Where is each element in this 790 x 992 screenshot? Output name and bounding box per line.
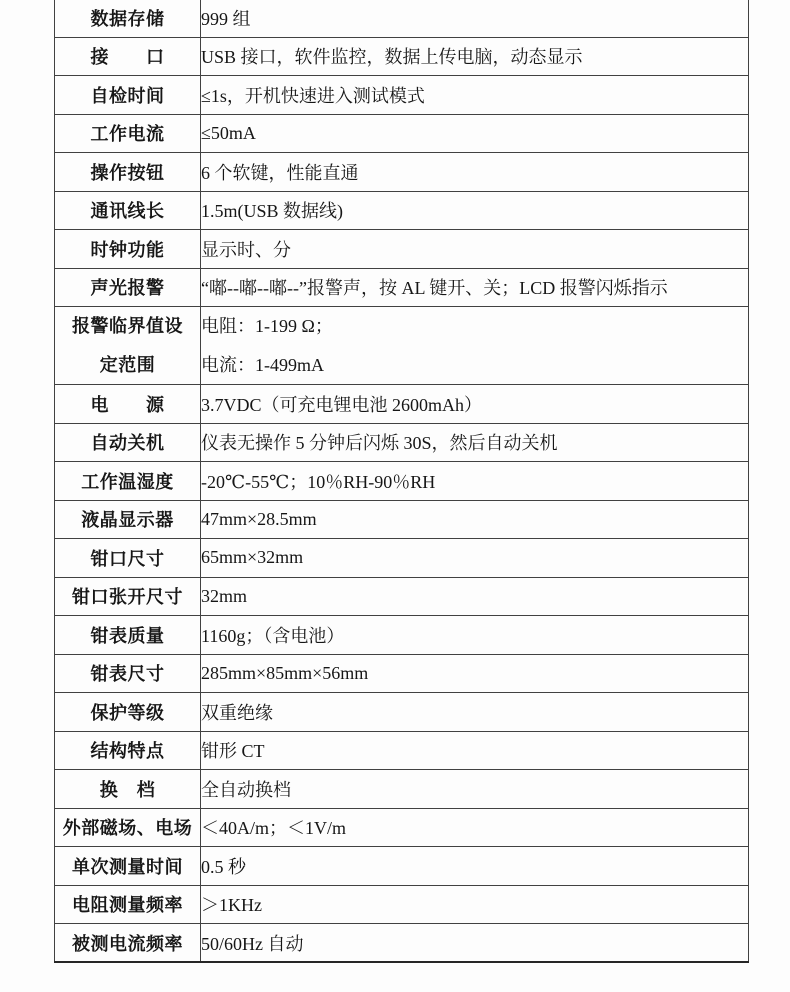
spec-label: 钳口张开尺寸 [55, 577, 201, 616]
spec-label: 工作温湿度 [55, 462, 201, 501]
spec-label: 外部磁场、电场 [55, 808, 201, 847]
table-row: 外部磁场、电场 ＜40A/m；＜1V/m [55, 808, 749, 847]
spec-sheet-page: 数据存储 999 组 接 口 USB 接口，软件监控，数据上传电脑，动态显示 自… [0, 0, 790, 992]
table-row: 单次测量时间 0.5 秒 [55, 847, 749, 886]
spec-label: 换 档 [55, 770, 201, 809]
table-row: 操作按钮 6 个软键，性能直通 [55, 153, 749, 192]
spec-value: 仪表无操作 5 分钟后闪烁 30S，然后自动关机 [201, 423, 749, 462]
spec-value: ≤50mA [201, 114, 749, 153]
spec-label: 钳表质量 [55, 616, 201, 655]
spec-value: 1.5m(USB 数据线) [201, 191, 749, 230]
spec-value: 285mm×85mm×56mm [201, 654, 749, 693]
spec-value: 32mm [201, 577, 749, 616]
spec-value: 钳形 CT [201, 731, 749, 770]
table-row: 工作电流 ≤50mA [55, 114, 749, 153]
spec-value: 50/60Hz 自动 [201, 924, 749, 963]
spec-label: 通讯线长 [55, 191, 201, 230]
spec-label: 钳表尺寸 [55, 654, 201, 693]
spec-label: 电阻测量频率 [55, 885, 201, 924]
table-row: 通讯线长 1.5m(USB 数据线) [55, 191, 749, 230]
table-row: 接 口 USB 接口，软件监控，数据上传电脑，动态显示 [55, 37, 749, 76]
spec-label: 数据存储 [55, 0, 201, 37]
spec-label: 单次测量时间 [55, 847, 201, 886]
spec-label: 接 口 [55, 37, 201, 76]
spec-value: 999 组 [201, 0, 749, 37]
table-row: 液晶显示器 47mm×28.5mm [55, 500, 749, 539]
spec-value: 1160g；（含电池） [201, 616, 749, 655]
table-row: 时钟功能 显示时、分 [55, 230, 749, 269]
spec-label: 操作按钮 [55, 153, 201, 192]
spec-label: 结构特点 [55, 731, 201, 770]
table-row: 钳表质量 1160g；（含电池） [55, 616, 749, 655]
table-row: 数据存储 999 组 [55, 0, 749, 37]
table-row: 钳口张开尺寸 32mm [55, 577, 749, 616]
table-row: 换 档 全自动换档 [55, 770, 749, 809]
table-row: 自动关机 仪表无操作 5 分钟后闪烁 30S，然后自动关机 [55, 423, 749, 462]
spec-table: 数据存储 999 组 接 口 USB 接口，软件监控，数据上传电脑，动态显示 自… [54, 0, 749, 963]
spec-value: 3.7VDC（可充电锂电池 2600mAh） [201, 385, 749, 424]
spec-label: 液晶显示器 [55, 500, 201, 539]
spec-label: 被测电流频率 [55, 924, 201, 963]
spec-table-body: 数据存储 999 组 接 口 USB 接口，软件监控，数据上传电脑，动态显示 自… [55, 0, 749, 962]
table-row: 电 源 3.7VDC（可充电锂电池 2600mAh） [55, 385, 749, 424]
spec-value: 双重绝缘 [201, 693, 749, 732]
spec-label: 时钟功能 [55, 230, 201, 269]
table-row: 声光报警 “嘟--嘟--嘟--”报警声，按 AL 键开、关；LCD 报警闪烁指示 [55, 268, 749, 307]
spec-label: 声光报警 [55, 268, 201, 307]
spec-label: 自动关机 [55, 423, 201, 462]
spec-value: ＞1KHz [201, 885, 749, 924]
spec-label: 自检时间 [55, 76, 201, 115]
spec-label: 电 源 [55, 385, 201, 424]
spec-value: 47mm×28.5mm [201, 500, 749, 539]
spec-label: 工作电流 [55, 114, 201, 153]
table-row: 电阻测量频率 ＞1KHz [55, 885, 749, 924]
table-row: 自检时间 ≤1s，开机快速进入测试模式 [55, 76, 749, 115]
table-row: 被测电流频率 50/60Hz 自动 [55, 924, 749, 963]
spec-value: ≤1s，开机快速进入测试模式 [201, 76, 749, 115]
spec-label: 保护等级 [55, 693, 201, 732]
spec-value: 0.5 秒 [201, 847, 749, 886]
spec-value: “嘟--嘟--嘟--”报警声，按 AL 键开、关；LCD 报警闪烁指示 [201, 268, 749, 307]
spec-value: 显示时、分 [201, 230, 749, 269]
spec-label: 钳口尺寸 [55, 539, 201, 578]
spec-value: ＜40A/m；＜1V/m [201, 808, 749, 847]
spec-value: 电阻：1-199 Ω； 电流：1-499mA [201, 307, 749, 385]
spec-value: 65mm×32mm [201, 539, 749, 578]
table-row: 工作温湿度 -20℃-55℃；10％RH-90％RH [55, 462, 749, 501]
spec-value: USB 接口，软件监控，数据上传电脑，动态显示 [201, 37, 749, 76]
table-row: 报警临界值设 定范围 电阻：1-199 Ω； 电流：1-499mA [55, 307, 749, 385]
spec-value: 全自动换档 [201, 770, 749, 809]
table-row: 钳口尺寸 65mm×32mm [55, 539, 749, 578]
spec-label: 报警临界值设 定范围 [55, 307, 201, 385]
spec-value: -20℃-55℃；10％RH-90％RH [201, 462, 749, 501]
table-row: 结构特点 钳形 CT [55, 731, 749, 770]
table-row: 钳表尺寸 285mm×85mm×56mm [55, 654, 749, 693]
table-row: 保护等级 双重绝缘 [55, 693, 749, 732]
spec-value: 6 个软键，性能直通 [201, 153, 749, 192]
